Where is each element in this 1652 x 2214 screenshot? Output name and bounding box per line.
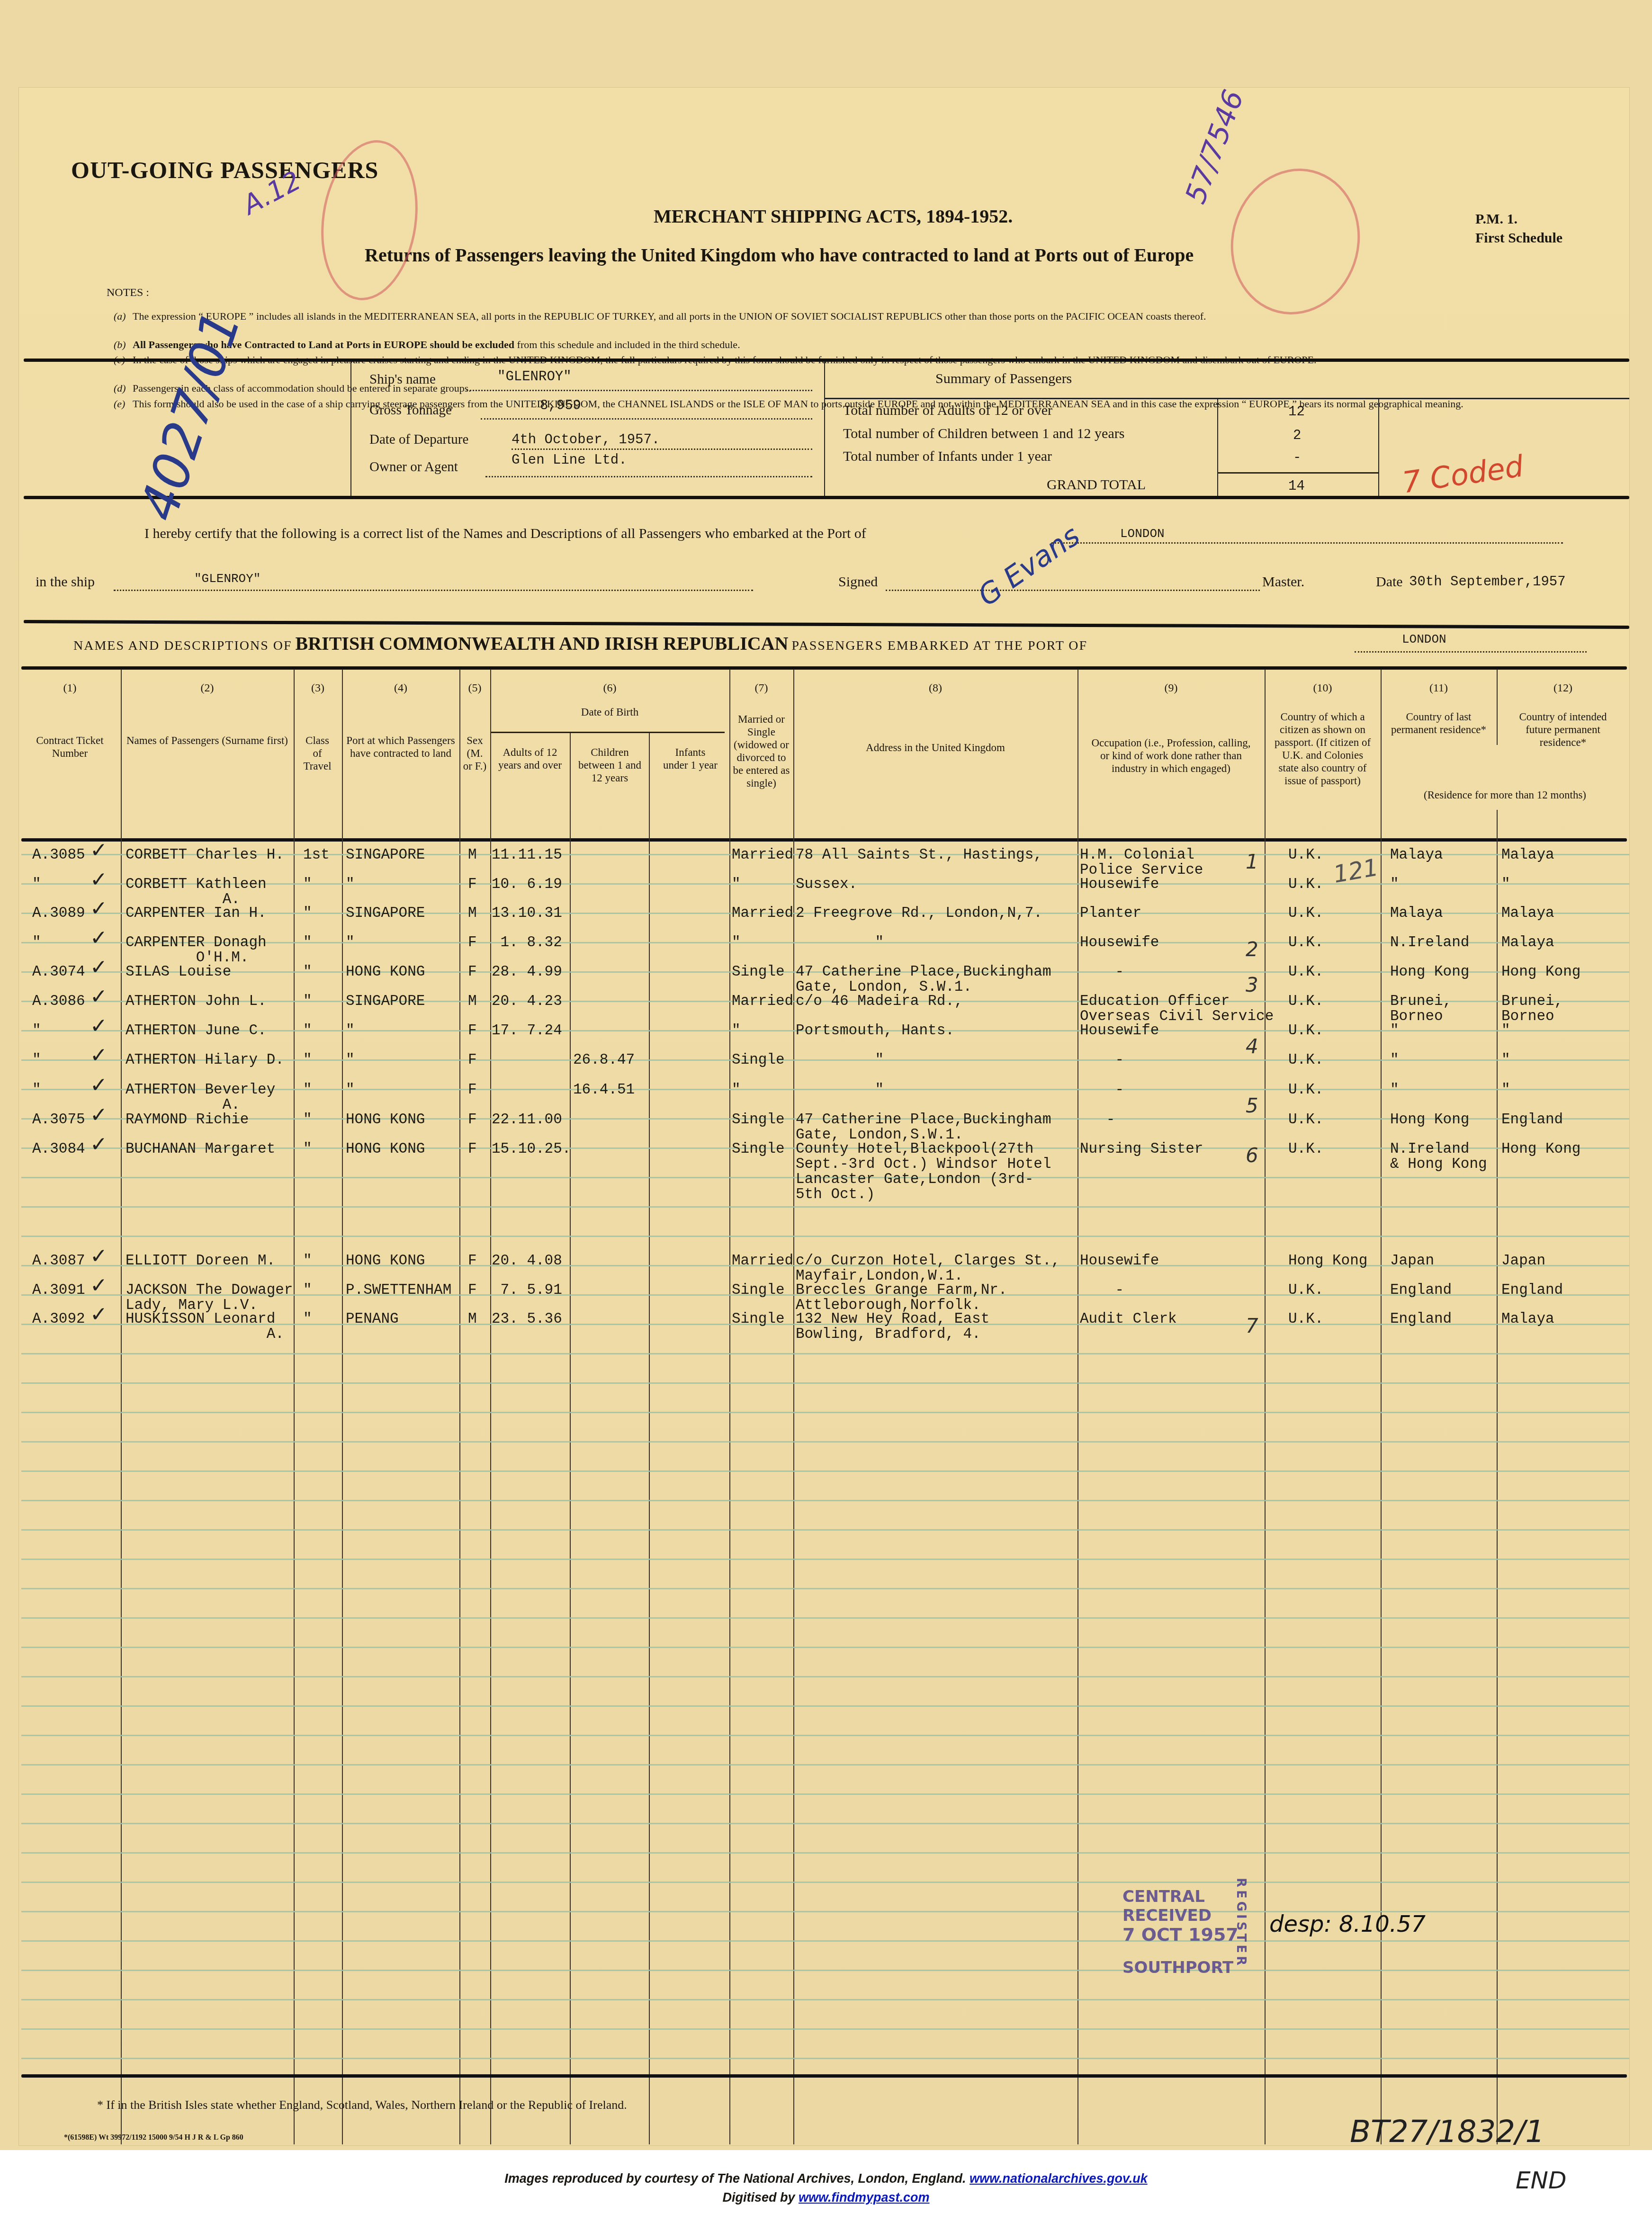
dob-adult-cell: 20. 4.23 (492, 994, 562, 1009)
uk-address-cell: Breccles Grange Farm,Nr. Attleborough,No… (796, 1283, 1007, 1313)
form-code: P.M. 1. (1475, 210, 1562, 229)
occupation-cell: Housewife (1080, 1023, 1159, 1039)
ruled-line (21, 1529, 1629, 1531)
column-header-dob-adult: Adults of 12 years and over (493, 746, 567, 771)
column-header-ticket: Contract Ticket Number (28, 734, 111, 760)
ruled-line (21, 1793, 1629, 1795)
occupation-cell: - (1080, 1283, 1124, 1298)
column-number: (10) (1265, 682, 1381, 695)
summary-infants-value: - (1293, 450, 1301, 466)
destination-port-cell: SINGAPORE (346, 906, 425, 921)
citizenship-cell: U.K. (1288, 906, 1323, 921)
register-stamp-text: REGISTER (1234, 1878, 1248, 1968)
column-line (649, 733, 650, 2144)
ship-name-value: "GLENROY" (497, 369, 572, 385)
future-residence-cell: " (1501, 1053, 1510, 1068)
last-residence-cell: Hong Kong (1390, 1112, 1469, 1128)
column-number: (11) (1381, 682, 1497, 695)
stamp-line: RECEIVED (1122, 1906, 1239, 1925)
ruled-line (21, 1559, 1629, 1560)
destination-port-cell: SINGAPORE (346, 994, 425, 1009)
travel-class-cell: " (303, 906, 312, 921)
marital-status-cell: Single (732, 1053, 785, 1068)
check-mark-icon: ✓ (90, 985, 108, 1009)
section-prefix: NAMES AND DESCRIPTIONS OF (73, 638, 292, 653)
last-residence-cell: England (1390, 1312, 1452, 1327)
passenger-name-cell: ATHERTON John L. (126, 994, 267, 1009)
last-residence-cell: " (1390, 877, 1399, 892)
travel-class-cell: " (303, 1254, 312, 1269)
column-header-port: Port at which Passengers have contracted… (346, 734, 456, 760)
marital-status-cell: Single (732, 1112, 785, 1128)
travel-class-cell: 1st (303, 848, 330, 863)
check-mark-icon: ✓ (90, 926, 108, 950)
grand-total-value: 14 (1288, 478, 1305, 494)
dob-adult-cell: 23. 5.36 (492, 1312, 562, 1327)
column-header-name: Names of Passengers (Surname first) (126, 734, 289, 747)
uk-address-cell: c/o Curzon Hotel, Clarges St., Mayfair,L… (796, 1254, 1060, 1284)
citizenship-cell: U.K. (1288, 1283, 1323, 1298)
column-number: (1) (19, 682, 121, 695)
ticket-number-cell: A.3085 (32, 848, 85, 863)
column-number: (3) (294, 682, 342, 695)
column-number: (9) (1077, 682, 1265, 695)
ticket-number-cell: " (32, 1053, 41, 1068)
divider-line (1217, 472, 1378, 474)
section-suffix: PASSENGERS EMBARKED AT THE PORT OF (791, 638, 1087, 653)
schedule-label: First Schedule (1475, 229, 1562, 248)
passenger-name-cell: JACKSON The Dowager Lady, Mary L.V. (126, 1283, 293, 1313)
column-number: (7) (729, 682, 793, 695)
occupation-cell: - (1080, 965, 1124, 980)
divider-line (1217, 399, 1218, 496)
ruled-line (21, 1353, 1629, 1354)
future-residence-cell: England (1501, 1283, 1563, 1298)
column-header-class: Class of Travel (303, 734, 332, 772)
divider-rule (24, 496, 1629, 499)
column-line (490, 669, 491, 2144)
sex-cell: F (468, 935, 477, 950)
passenger-name-cell: RAYMOND Richie (126, 1112, 249, 1128)
grand-total-label: GRAND TOTAL (1047, 477, 1146, 493)
travel-class-cell: " (303, 1023, 312, 1039)
destination-port-cell: " (346, 1053, 355, 1068)
section-emphasis: BRITISH COMMONWEALTH AND IRISH REPUBLICA… (296, 633, 789, 654)
last-residence-cell: England (1390, 1283, 1452, 1298)
last-residence-cell: " (1390, 1083, 1399, 1098)
dob-adult-cell: 17. 7.24 (492, 1023, 562, 1039)
check-mark-icon: ✓ (90, 955, 108, 979)
marital-status-cell: Married (732, 848, 793, 863)
last-residence-cell: Japan (1390, 1254, 1434, 1269)
dob-adult-cell: 15.10.25. (492, 1142, 571, 1157)
citizenship-cell: U.K. (1288, 1112, 1323, 1128)
occupation-cell: Housewife (1080, 935, 1159, 950)
sex-cell: F (468, 1023, 477, 1039)
future-residence-cell: " (1501, 1083, 1510, 1098)
returns-title: Returns of Passengers leaving the United… (365, 244, 1194, 266)
last-residence-cell: N.Ireland & Hong Kong (1390, 1142, 1487, 1172)
sex-cell: M (468, 994, 477, 1009)
ruled-line (21, 1705, 1629, 1707)
travel-class-cell: " (303, 965, 312, 980)
marital-status-cell: Single (732, 1142, 785, 1157)
check-mark-icon: ✓ (90, 896, 108, 921)
destination-port-cell: P.SWETTENHAM (346, 1283, 451, 1298)
dob-adult-cell: 11.11.15 (492, 848, 562, 863)
dotted-line (114, 590, 753, 591)
future-residence-cell: Hong Kong (1501, 965, 1580, 980)
handwritten-reference: 4027/01 (128, 303, 252, 528)
passenger-name-cell: ATHERTON Beverley A. (126, 1083, 275, 1113)
citizenship-cell: U.K. (1288, 994, 1323, 1009)
ship-name-label: Ship's name (369, 372, 436, 387)
passenger-name-cell: SILAS Louise (126, 965, 231, 980)
destination-port-cell: " (346, 877, 355, 892)
sex-cell: F (468, 1142, 477, 1157)
ruled-line (21, 2028, 1629, 2030)
column-line (793, 669, 794, 2144)
ruled-line (21, 1441, 1629, 1443)
occupation-cell: Planter (1080, 906, 1141, 921)
column-number: (5) (459, 682, 490, 695)
bt-reference: BT27/1832/1 (1350, 2115, 1544, 2150)
occupation-cell: Nursing Sister (1080, 1142, 1203, 1157)
last-residence-cell: " (1390, 1023, 1399, 1039)
margin-count: 6 (1246, 1144, 1258, 1167)
credits-line-1: Images reproduced by courtesy of The Nat… (0, 2171, 1652, 2186)
ruled-line (21, 1999, 1629, 2000)
occupation-cell: Housewife (1080, 1254, 1159, 1269)
check-mark-icon: ✓ (90, 1302, 108, 1327)
table-header-bottom-rule (21, 838, 1627, 842)
column-line (459, 669, 460, 2144)
summary-adults-value: 12 (1288, 404, 1305, 420)
occupation-cell: Audit Clerk (1080, 1312, 1177, 1327)
marital-status-cell: Married (732, 906, 793, 921)
certification-ship: "GLENROY" (194, 572, 260, 586)
marital-status-cell: " (732, 935, 741, 950)
column-header-sex: Sex (M. or F.) (462, 734, 488, 772)
travel-class-cell: " (303, 935, 312, 950)
uk-address-cell: Sussex. (796, 877, 857, 892)
ruled-line (21, 1382, 1629, 1384)
credits-line-2: Digitised by www.findmypast.com (0, 2190, 1652, 2205)
stamp-line: 7 OCT 1957 (1122, 1925, 1239, 1944)
future-residence-cell: " (1501, 877, 1510, 892)
destination-port-cell: HONG KONG (346, 1112, 425, 1128)
destination-port-cell: SINGAPORE (346, 848, 425, 863)
passenger-name-cell: ATHERTON Hilary D. (126, 1053, 284, 1068)
marital-status-cell: Married (732, 994, 793, 1009)
ruled-line (21, 1764, 1629, 1766)
gross-tonnage-value: 8,959 (540, 398, 581, 413)
sex-cell: M (468, 906, 477, 921)
occupation-cell: Education Officer Overseas Civil Service (1080, 994, 1274, 1024)
uk-address-cell: County Hotel,Blackpool(27th Sept.-3rd Oc… (796, 1142, 1051, 1202)
margin-count: 1 (1246, 850, 1258, 873)
check-mark-icon: ✓ (90, 1043, 108, 1067)
citizenship-cell: U.K. (1288, 1023, 1323, 1039)
ruled-line (21, 1500, 1629, 1501)
column-header-dob-child: Children between 1 and 12 years (573, 746, 646, 784)
future-residence-cell: " (1501, 1023, 1510, 1039)
occupation-cell: - (1080, 1083, 1124, 1098)
dob-adult-cell: 13.10.31 (492, 906, 562, 921)
column-line (1265, 669, 1266, 2144)
dob-child-cell: 16.4.51 (573, 1083, 635, 1098)
dotted-line (1051, 542, 1563, 544)
dotted-line (481, 418, 812, 420)
column-number: (6) (490, 682, 729, 695)
check-mark-icon: ✓ (90, 1244, 108, 1268)
dob-adult-cell: 22.11.00 (492, 1112, 562, 1128)
findmypast-link[interactable]: www.findmypast.com (799, 2190, 930, 2205)
travel-class-cell: " (303, 877, 312, 892)
travel-class-cell: " (303, 1053, 312, 1068)
margin-count: 2 (1246, 938, 1258, 961)
ruled-line (21, 1647, 1629, 1648)
margin-count: 3 (1246, 973, 1258, 996)
sex-cell: F (468, 877, 477, 892)
sex-cell: F (468, 1283, 477, 1298)
summary-children-value: 2 (1293, 428, 1301, 443)
divider-rule (24, 620, 1629, 629)
summary-infants-label: Total number of Infants under 1 year (843, 448, 1052, 465)
occupation-cell: - (1080, 1053, 1124, 1068)
ticket-number-cell: " (32, 1023, 41, 1039)
column-header-dob-infant: Infants under 1 year (663, 746, 718, 771)
column-number: (8) (793, 682, 1077, 695)
column-line (1077, 669, 1078, 2144)
ticket-number-cell: A.3075 (32, 1112, 85, 1128)
section-port: LONDON (1402, 632, 1446, 646)
uk-address-cell: 47 Catherine Place,Buckingham Gate, Lond… (796, 1112, 1051, 1143)
sex-cell: F (468, 1083, 477, 1098)
coded-annotation: 7 Coded (1400, 448, 1526, 500)
destination-port-cell: " (346, 935, 355, 950)
column-header-dob: Date of Birth (490, 706, 729, 718)
marital-status-cell: Single (732, 1312, 785, 1327)
ticket-number-cell: A.3091 (32, 1283, 85, 1298)
future-residence-cell: Hong Kong (1501, 1142, 1580, 1157)
divider-rule (24, 359, 1629, 362)
ticket-number-cell: A.3084 (32, 1142, 85, 1157)
divider-line (350, 361, 351, 496)
travel-class-cell: " (303, 1112, 312, 1128)
occupation-cell: H.M. Colonial Police Service (1080, 848, 1203, 878)
dotted-line (512, 448, 812, 450)
table-top-rule (21, 666, 1627, 670)
column-line (294, 669, 295, 2144)
last-residence-cell: Brunei, Borneo (1390, 994, 1452, 1024)
column-header-future-residence: Country of intended future permanent res… (1506, 710, 1620, 749)
dotted-line (886, 590, 1260, 591)
owner-label: Owner or Agent (369, 459, 458, 475)
last-residence-cell: Malaya (1390, 906, 1443, 921)
margin-count: 4 (1246, 1035, 1258, 1058)
marital-status-cell: Single (732, 1283, 785, 1298)
residence-note: (Residence for more than 12 months) (1385, 789, 1625, 801)
marital-status-cell: " (732, 1083, 741, 1098)
passenger-name-cell: HUSKISSON Leonard A. (126, 1312, 284, 1342)
despatch-note: desp: 8.10.57 (1269, 1911, 1426, 1937)
marital-status-cell: Single (732, 965, 785, 980)
departure-date-label: Date of Departure (369, 432, 468, 448)
check-mark-icon: ✓ (90, 1132, 108, 1156)
margin-count: 7 (1246, 1314, 1258, 1337)
form-code-block: P.M. 1. First Schedule (1475, 210, 1562, 248)
destination-port-cell: HONG KONG (346, 965, 425, 980)
dotted-line (1355, 651, 1587, 653)
check-mark-icon: ✓ (90, 1103, 108, 1127)
column-number: (12) (1497, 682, 1629, 695)
certification-date: 30th September,1957 (1409, 574, 1566, 590)
citizenship-cell: U.K. (1288, 877, 1323, 892)
passenger-name-cell: CARPENTER Ian H. (126, 906, 267, 921)
last-residence-cell: " (1390, 1053, 1399, 1068)
footnote: * If in the British Isles state whether … (97, 2098, 627, 2112)
ruled-line (21, 1940, 1629, 1942)
signed-label: Signed (838, 574, 878, 590)
future-residence-cell: Japan (1501, 1254, 1545, 1269)
credits-text: Images reproduced by courtesy of The Nat… (504, 2171, 966, 2186)
uk-address-cell: 2 Freegrove Rd., London,N,7. (796, 906, 1042, 921)
check-mark-icon: ✓ (90, 838, 108, 862)
dob-adult-cell: 20. 4.08 (492, 1254, 562, 1269)
ticket-number-cell: A.3092 (32, 1312, 85, 1327)
date-label: Date (1376, 574, 1403, 590)
passenger-name-cell: BUCHANAN Margaret (126, 1142, 275, 1157)
stamp-line: CENTRAL (1122, 1887, 1239, 1906)
ruled-line (21, 1588, 1629, 1589)
column-number: (4) (342, 682, 459, 695)
nationalarchives-link[interactable]: www.nationalarchives.gov.uk (970, 2171, 1148, 2186)
destination-port-cell: " (346, 1083, 355, 1098)
destination-port-cell: HONG KONG (346, 1142, 425, 1157)
ruled-line (21, 1412, 1629, 1413)
check-mark-icon: ✓ (90, 1273, 108, 1298)
departure-date-value: 4th October, 1957. (512, 432, 660, 448)
master-label: Master. (1262, 574, 1304, 590)
citizenship-cell: U.K. (1288, 1312, 1323, 1327)
ruled-line (21, 1970, 1629, 1971)
sex-cell: F (468, 1254, 477, 1269)
dotted-line (485, 476, 812, 477)
marital-status-cell: " (732, 1023, 741, 1039)
customs-stamp-right (1216, 155, 1375, 328)
citizenship-cell: U.K. (1288, 848, 1323, 863)
uk-address-cell: 132 New Hey Road, East Bowling, Bradford… (796, 1312, 989, 1342)
owner-value: Glen Line Ltd. (512, 452, 627, 468)
check-mark-icon: ✓ (90, 1073, 108, 1097)
travel-class-cell: " (303, 1312, 312, 1327)
future-residence-cell: Malaya (1501, 906, 1554, 921)
ship-label: in the ship (36, 574, 95, 590)
future-residence-cell: England (1501, 1112, 1563, 1128)
passenger-name-cell: CARPENTER Donagh O'H.M. (126, 935, 267, 966)
column-line (342, 669, 343, 2144)
summary-title: Summary of Passengers (935, 371, 1072, 387)
last-residence-cell: Hong Kong (1390, 965, 1469, 980)
certification-port: LONDON (1120, 527, 1165, 541)
notes-label: NOTES : (107, 287, 149, 299)
column-number: (2) (121, 682, 294, 695)
dob-divider (490, 732, 725, 733)
sex-cell: M (468, 1312, 477, 1327)
check-mark-icon: ✓ (90, 868, 108, 892)
ticket-number-cell: " (32, 1083, 41, 1098)
last-residence-cell: N.Ireland (1390, 935, 1469, 950)
ticket-number-cell: A.3089 (32, 906, 85, 921)
stamp-line: SOUTHPORT (1122, 1958, 1239, 1977)
dob-adult-cell: 1. 8.32 (492, 935, 562, 950)
ticket-number-cell: A.3086 (32, 994, 85, 1009)
certification-text: I hereby certify that the following is a… (144, 526, 866, 542)
note-b: (b)All Passengers who have Contracted to… (133, 339, 1591, 351)
passenger-name-cell: ATHERTON June C. (126, 1023, 267, 1039)
ticket-number-cell: A.3087 (32, 1254, 85, 1269)
dob-adult-cell: 7. 5.91 (492, 1283, 562, 1298)
document-sheet: OUT-GOING PASSENGERS MERCHANT SHIPPING A… (19, 88, 1629, 2145)
sex-cell: F (468, 1112, 477, 1128)
column-line (121, 669, 122, 2144)
occupation-cell: Housewife (1080, 877, 1159, 892)
uk-address-cell: " (796, 935, 884, 950)
passenger-name-cell: CORBETT Charles H. (126, 848, 284, 863)
margin-count: 5 (1246, 1094, 1258, 1117)
sex-cell: F (468, 965, 477, 980)
dob-child-cell: 26.8.47 (573, 1053, 635, 1068)
ruled-line (21, 1236, 1629, 1237)
credits-text: Digitised by (722, 2190, 795, 2205)
citizenship-cell: U.K. (1288, 1053, 1323, 1068)
ticket-number-cell: A.3074 (32, 965, 85, 980)
ruled-line (21, 1882, 1629, 1883)
dob-adult-cell: 28. 4.99 (492, 965, 562, 980)
passenger-name-cell: ELLIOTT Doreen M. (126, 1254, 275, 1269)
divider-line (824, 398, 1629, 399)
citizenship-cell: U.K. (1288, 1083, 1323, 1098)
divider-line (1378, 399, 1379, 496)
citizenship-cell: Hong Kong (1288, 1254, 1367, 1269)
uk-address-cell: Portsmouth, Hants. (796, 1023, 954, 1039)
future-residence-cell: Malaya (1501, 1312, 1554, 1327)
uk-address-cell: " (796, 1083, 884, 1098)
column-header-last-residence: Country of last permanent residence* (1388, 710, 1490, 736)
ticket-number-cell: " (32, 877, 41, 892)
column-line (729, 669, 730, 2144)
last-residence-cell: Malaya (1390, 848, 1443, 863)
travel-class-cell: " (303, 1283, 312, 1298)
ruled-line (21, 1676, 1629, 1677)
occupation-cell: - (1080, 1112, 1115, 1128)
future-residence-cell: Brunei, Borneo (1501, 994, 1563, 1024)
column-header-citizenship: Country of which a citizen as shown on p… (1272, 710, 1374, 787)
print-code: *(61598E) Wt 39972/1192 15000 9/54 H J R… (64, 2133, 243, 2142)
ruled-line (21, 1823, 1629, 1824)
sex-cell: F (468, 1053, 477, 1068)
future-residence-cell: Malaya (1501, 935, 1554, 950)
destination-port-cell: PENANG (346, 1312, 399, 1327)
destination-port-cell: HONG KONG (346, 1254, 425, 1269)
ruled-line (21, 1470, 1629, 1472)
summary-adults-label: Total number of Adults of 12 or over (843, 403, 1052, 419)
gross-tonnage-label: Gross Tonnage (369, 403, 452, 418)
column-line (570, 733, 571, 2144)
column-header-occupation: Occupation (i.e., Profession, calling, o… (1087, 736, 1255, 775)
divider-line (824, 361, 825, 496)
